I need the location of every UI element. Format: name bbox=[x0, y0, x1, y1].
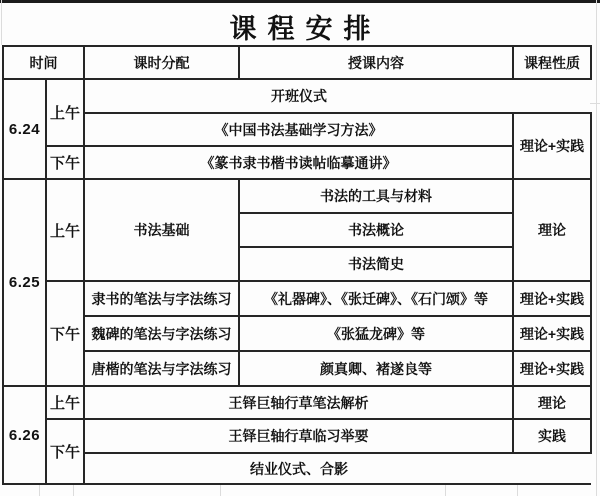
date-cell-625: 6.25 bbox=[3, 179, 46, 386]
closing-ceremony-cell: 结业仪式、合影 bbox=[84, 453, 513, 484]
pm-label-626: 下午 bbox=[46, 419, 84, 484]
open-cell-bottom bbox=[513, 453, 591, 484]
row-625-pm1: 下午 隶书的笔法与字法练习 《礼器碑》、《张迁碑》、《石门颂》等 理论+实践 bbox=[3, 281, 591, 316]
gridline-bottom-4 bbox=[445, 484, 446, 496]
lecture-cell: 《篆书隶书楷书读帖临摹通讲》 bbox=[84, 146, 513, 179]
pm-label-624: 下午 bbox=[46, 146, 84, 179]
row-624-pm-lecture: 下午 《篆书隶书楷书读帖临摹通讲》 bbox=[3, 146, 591, 179]
allocation-cell: 魏碑的笔法与字法练习 bbox=[84, 316, 239, 351]
nature-cell: 理论+实践 bbox=[513, 281, 591, 316]
pm-label-625: 下午 bbox=[46, 281, 84, 386]
header-allocation: 课时分配 bbox=[84, 46, 239, 79]
allocation-cell-basics: 书法基础 bbox=[84, 179, 239, 281]
nature-cell: 理论+实践 bbox=[513, 316, 591, 351]
row-opening: 6.24 上午 开班仪式 bbox=[3, 79, 591, 113]
gridline-left-edge bbox=[1, 0, 2, 45]
schedule-table: 时间 课时分配 授课内容 课程性质 6.24 上午 开班仪式 《中国书法基础学习… bbox=[2, 45, 592, 485]
content-cell: 《礼器碑》、《张迁碑》、《石门颂》等 bbox=[239, 281, 513, 316]
gridline-bottom-5 bbox=[517, 484, 518, 496]
date-cell-626: 6.26 bbox=[3, 386, 46, 484]
topic-cell: 书法简史 bbox=[239, 247, 513, 281]
allocation-cell: 隶书的笔法与字法练习 bbox=[84, 281, 239, 316]
row-626-am: 6.26 上午 王铎巨轴行草笔法解析 理论 bbox=[3, 386, 591, 419]
row-625-topic1: 6.25 上午 书法基础 书法的工具与材料 理论 bbox=[3, 179, 591, 213]
lecture-cell: 王铎巨轴行草临习举要 bbox=[84, 419, 513, 453]
allocation-cell: 唐楷的笔法与字法练习 bbox=[84, 351, 239, 386]
nature-cell-626-am: 理论 bbox=[513, 386, 591, 419]
am-label-625: 上午 bbox=[46, 179, 84, 281]
lecture-cell: 王铎巨轴行草笔法解析 bbox=[84, 386, 513, 419]
am-label-624: 上午 bbox=[46, 79, 84, 146]
nature-cell-626-pm: 实践 bbox=[513, 419, 591, 453]
open-cell-top bbox=[513, 79, 591, 113]
gridline-right-edge bbox=[596, 0, 597, 496]
top-border-line bbox=[0, 0, 600, 3]
row-624-am-lecture: 《中国书法基础学习方法》 理论+实践 bbox=[3, 113, 591, 146]
row-625-pm2: 魏碑的笔法与字法练习 《张猛龙碑》等 理论+实践 bbox=[3, 316, 591, 351]
lecture-cell: 《中国书法基础学习方法》 bbox=[84, 113, 513, 146]
page: 课程安排 时间 课时分配 授课内容 课程性质 6.24 上午 开班仪式 《中国书… bbox=[0, 0, 600, 496]
opening-ceremony-cell: 开班仪式 bbox=[84, 79, 513, 113]
nature-cell-625-am: 理论 bbox=[513, 179, 591, 281]
nature-cell-624: 理论+实践 bbox=[513, 113, 591, 179]
topic-cell: 书法的工具与材料 bbox=[239, 179, 513, 213]
gridline-bottom-3 bbox=[220, 484, 221, 496]
gridline-bottom-2 bbox=[73, 484, 74, 496]
nature-cell: 理论+实践 bbox=[513, 351, 591, 386]
row-626-pm1: 下午 王铎巨轴行草临习举要 实践 bbox=[3, 419, 591, 453]
date-cell-624: 6.24 bbox=[3, 79, 46, 179]
topic-cell: 书法概论 bbox=[239, 213, 513, 247]
row-closing: 结业仪式、合影 bbox=[3, 453, 591, 484]
content-cell: 《张猛龙碑》等 bbox=[239, 316, 513, 351]
gridline-bottom-1 bbox=[39, 484, 40, 496]
am-label-626: 上午 bbox=[46, 386, 84, 419]
header-content: 授课内容 bbox=[239, 46, 513, 79]
page-title: 课程安排 bbox=[0, 7, 600, 46]
header-time: 时间 bbox=[3, 46, 84, 79]
header-row: 时间 课时分配 授课内容 课程性质 bbox=[3, 46, 591, 79]
content-cell: 颜真卿、褚遂良等 bbox=[239, 351, 513, 386]
row-625-pm3: 唐楷的笔法与字法练习 颜真卿、褚遂良等 理论+实践 bbox=[3, 351, 591, 386]
header-nature: 课程性质 bbox=[513, 46, 591, 79]
